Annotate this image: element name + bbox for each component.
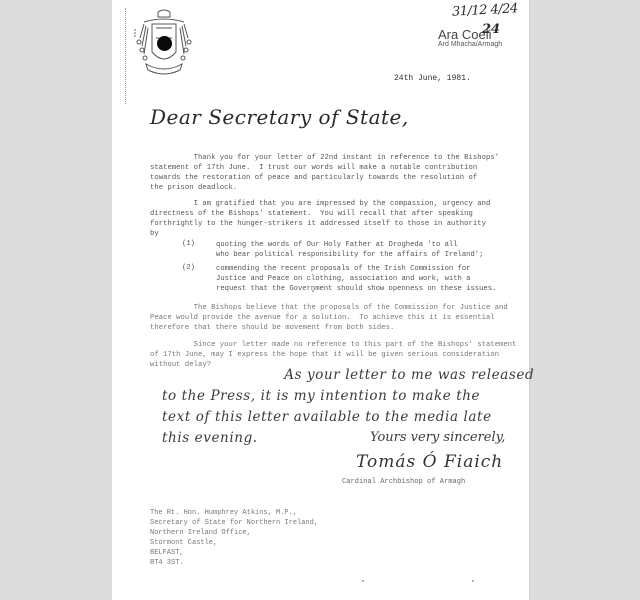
signatory-title: Cardinal Archbishop of Armagh: [342, 477, 465, 487]
hole-punch-mark: [157, 36, 172, 51]
letter-page: 31/12 4/24 Ara Coeli 24 Ard Mhacha/Armag…: [112, 0, 529, 600]
list-item-number: (1): [182, 240, 195, 248]
scan-speck: [472, 580, 474, 582]
paragraph-3: The Bishops believe that the proposals o…: [150, 303, 508, 333]
archive-reference-number: 31/12 4/24: [452, 1, 518, 19]
list-item-number: (2): [182, 264, 195, 272]
address-line: BT4 3ST.: [150, 558, 318, 568]
paragraph-2: I am gratified that you are impressed by…: [150, 199, 490, 239]
list-item-text: commending the recent proposals of the I…: [216, 264, 496, 294]
valediction: Yours very sincerely,: [370, 430, 505, 445]
scan-speck: [362, 580, 364, 582]
scan-speck: [312, 290, 314, 292]
recipient-address: The Rt. Hon. Humphrey Atkins, M.P., Secr…: [150, 508, 318, 568]
residence-annotation: 24: [482, 22, 500, 37]
address-line: BELFAST,: [150, 548, 318, 558]
signature: Tomás Ó Fiaich: [356, 452, 503, 472]
residence-irish-name: Ard Mhacha/Armagh: [438, 41, 502, 48]
letter-date: 24th June, 1981.: [394, 74, 471, 83]
margin-scan-artifact: [125, 8, 129, 104]
address-line: Stormont Castle,: [150, 538, 318, 548]
salutation: Dear Secretary of State,: [150, 105, 409, 129]
address-line: Secretary of State for Northern Ireland,: [150, 518, 318, 528]
list-item-text: quoting the words of Our Holy Father at …: [216, 240, 483, 260]
paragraph-1: Thank you for your letter of 22nd instan…: [150, 153, 499, 193]
address-line: The Rt. Hon. Humphrey Atkins, M.P.,: [150, 508, 318, 518]
address-line: Northern Ireland Office,: [150, 528, 318, 538]
